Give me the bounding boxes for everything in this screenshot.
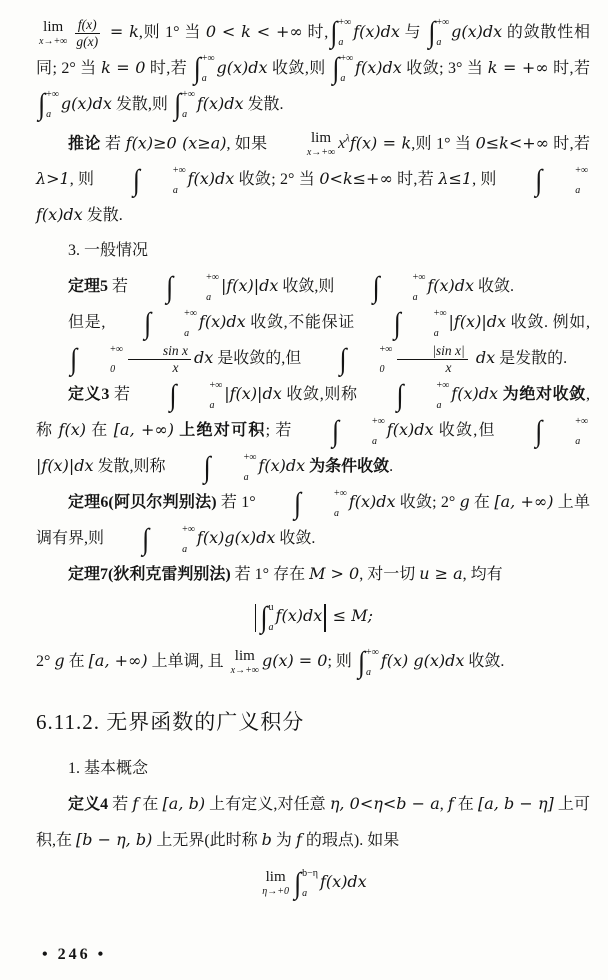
integral-sign-glyph: ∫ <box>194 54 201 84</box>
text-run: ,则 1° 当 <box>139 24 206 41</box>
math-run: f(x)dx <box>276 606 323 625</box>
bold-term: 定义3 <box>68 386 109 403</box>
limit-word: lim <box>279 131 331 146</box>
integral-lower-limit: a <box>436 36 441 48</box>
integral-lower-limit: a <box>302 507 339 519</box>
integral-limits: b−ηa <box>302 869 318 899</box>
integral-lower-limit: a <box>366 666 371 678</box>
integral-sign-glyph: ∫ <box>174 90 181 120</box>
integral-sign-glyph: ∫ <box>332 54 339 84</box>
text-run: , 对一切 <box>359 566 419 583</box>
integral-lower-limit: a <box>46 108 51 120</box>
text-run: 2° <box>36 653 54 670</box>
fraction: |sin x|x <box>397 343 468 376</box>
integral-symbol: ∫+∞a <box>134 273 219 303</box>
integral-lower-limit: a <box>402 327 439 339</box>
limit-subscript: x→+∞ <box>39 37 67 47</box>
text-run: 收敛,则 <box>268 60 331 77</box>
integral-lower-limit: 0 <box>78 363 115 375</box>
math-run: u ≥ a <box>419 564 462 583</box>
integral-symbol: ∫+∞a <box>38 90 59 120</box>
math-run: |f(x)|dx <box>221 276 278 295</box>
math-run: dx <box>194 348 213 367</box>
bold-term: 为条件收敛 <box>309 458 389 475</box>
integral-upper-limit: +∞ <box>46 90 59 100</box>
integral-limits: +∞a <box>46 90 59 120</box>
text-run: 收敛. <box>474 278 514 295</box>
integral-lower-limit: a <box>338 36 343 48</box>
integral-limits: +∞a <box>338 18 351 48</box>
absolute-value-bar <box>255 604 256 632</box>
math-run: |f(x)|dx <box>224 384 281 403</box>
integral-limits: +∞a <box>366 648 379 678</box>
limit-operator: limx→+∞ <box>275 131 335 158</box>
bold-term: 定理6(阿贝尔判别法) <box>68 494 217 511</box>
math-run: ≤ M; <box>328 606 373 625</box>
bold-term: 推论 <box>68 135 101 152</box>
text-run: 是发散的. <box>495 350 567 367</box>
integral-symbol: ∫+∞a <box>503 417 588 447</box>
math-run: f(x)dx <box>353 22 400 41</box>
text-run: 收敛,则称 <box>282 386 363 403</box>
text-run: ; 则 <box>327 653 355 670</box>
integral-upper-limit: +∞ <box>543 166 588 176</box>
bold-term: 上绝对可积 <box>179 422 265 439</box>
integral-limits: ua <box>269 603 274 633</box>
limit-subscript: x→+∞ <box>231 666 259 676</box>
page-number: • 246 • <box>42 946 106 964</box>
integral-sign-glyph: ∫ <box>262 489 301 519</box>
integral-upper-limit: +∞ <box>174 273 219 283</box>
absolute-value-bar <box>324 604 325 632</box>
math-run: dx <box>471 348 495 367</box>
integral-lower-limit: a <box>182 108 187 120</box>
integral-upper-limit: +∞ <box>152 309 197 319</box>
math-run: g <box>459 492 469 511</box>
integral-sign-glyph: ∫ <box>503 417 542 447</box>
math-run: λ≤1 <box>438 169 472 188</box>
integral-symbol: ∫+∞a <box>358 648 379 678</box>
bold-term: 为绝对收敛 <box>503 386 586 403</box>
limit-operator: limx→+∞ <box>39 20 67 47</box>
page-body: limx→+∞f(x)g(x) = k,则 1° 当 0 < k < +∞ 时,… <box>36 14 590 903</box>
integral-symbol: ∫+∞a <box>340 273 425 303</box>
integral-sign-glyph: ∫ <box>112 309 151 339</box>
paragraph: 但是, ∫+∞af(x)dx 收敛,不能保证 ∫+∞a|f(x)|dx 收敛. … <box>36 304 590 376</box>
paragraph: limx→+∞f(x)g(x) = k,则 1° 当 0 < k < +∞ 时,… <box>36 14 590 122</box>
integral-lower-limit: a <box>177 399 214 411</box>
integral-symbol: ∫+∞a <box>300 417 385 447</box>
integral-lower-limit: 0 <box>347 363 384 375</box>
math-run: k = 0 <box>101 58 145 77</box>
text-run: 若 <box>101 135 126 152</box>
integral-limits: +∞a <box>141 166 186 196</box>
text-run: 时,若 <box>549 135 590 152</box>
integral-symbol: ∫ua <box>260 603 273 633</box>
math-run: f(x)dx <box>199 312 246 331</box>
integral-sign-glyph: ∫ <box>358 648 365 678</box>
math-run: f(x) = k <box>350 133 411 152</box>
text-run: 收敛; 3° 当 <box>402 60 488 77</box>
limit-subscript: x→+∞ <box>275 148 335 158</box>
text-run: 时, <box>303 24 329 41</box>
math-run: g(x) = 0 <box>262 651 328 670</box>
fraction-denominator: x <box>410 360 454 376</box>
text-run: 时,若 <box>549 60 590 77</box>
text-run: 是收敛的,但 <box>213 350 305 367</box>
math-run: f(x)≥0 (x≥a) <box>126 133 227 152</box>
math-run: b <box>262 830 272 849</box>
bold-term: 定理5 <box>68 278 108 295</box>
integral-limits: +∞0 <box>347 345 392 375</box>
integral-upper-limit: +∞ <box>212 453 257 463</box>
paragraph: 定理6(阿贝尔判别法) 若 1° ∫+∞af(x)dx 收敛; 2° g 在 [… <box>36 484 590 556</box>
integral-limits: +∞a <box>340 54 353 84</box>
integral-symbol: ∫+∞0 <box>307 345 392 375</box>
integral-upper-limit: +∞ <box>78 345 123 355</box>
math-run: g(x)dx <box>217 58 268 77</box>
integral-limits: +∞a <box>340 417 385 447</box>
power-expression: xλ <box>338 135 350 152</box>
paragraph: 2° g 在 [a, +∞) 上单调, 且 limx→+∞g(x) = 0; 则… <box>36 643 590 679</box>
integral-upper-limit: +∞ <box>543 417 588 427</box>
fraction-numerator: sin x <box>128 343 191 360</box>
display-formula: ∫uaf(x)dx ≤ M; <box>36 596 590 637</box>
integral-lower-limit: a <box>150 543 187 555</box>
integral-lower-limit: a <box>212 471 249 483</box>
math-run: 0<k≤+∞ <box>319 169 392 188</box>
integral-lower-limit: a <box>269 621 274 633</box>
text-run: 在 <box>138 796 162 813</box>
text-run: 为 <box>272 832 296 849</box>
text-run: 发散,则 <box>112 96 172 113</box>
math-run: f(x)g(x)dx <box>197 528 275 547</box>
integral-sign-glyph: ∫ <box>330 18 337 48</box>
display-formula: limη→+0∫b−ηaf(x)dx <box>36 862 590 903</box>
integral-sign-glyph: ∫ <box>300 417 339 447</box>
integral-limits: +∞a <box>177 381 222 411</box>
integral-lower-limit: a <box>340 435 377 447</box>
math-run: λ>1 <box>36 169 70 188</box>
math-run: [a, +∞) <box>494 492 553 511</box>
integral-symbol: ∫+∞a <box>110 525 195 555</box>
integral-symbol: ∫+∞a <box>262 489 347 519</box>
math-run: η, 0<η<b − a <box>330 794 440 813</box>
text-run: 上单调, 且 <box>148 653 228 670</box>
integral-upper-limit: +∞ <box>347 345 392 355</box>
integral-limits: +∞a <box>436 18 449 48</box>
integral-upper-limit: +∞ <box>141 166 186 176</box>
integral-sign-glyph: ∫ <box>134 273 173 303</box>
text-run: , 则 <box>70 171 99 188</box>
fraction-denominator: g(x) <box>73 34 101 50</box>
math-run: g(x)dx <box>61 94 112 113</box>
limit-word: lim <box>43 20 63 35</box>
math-run: f(x)dx <box>258 456 305 475</box>
text-run: 收敛,则 <box>278 278 338 295</box>
scanned-page: limx→+∞f(x)g(x) = k,则 1° 当 0 < k < +∞ 时,… <box>0 0 608 903</box>
math-run: 0 < k < +∞ <box>206 22 303 41</box>
fraction-numerator: f(x) <box>75 17 100 34</box>
math-run: |f(x)|dx <box>449 312 506 331</box>
text-run: 在 <box>86 422 114 439</box>
integral-lower-limit: a <box>381 291 418 303</box>
math-run: f(x) g(x)dx <box>381 651 465 670</box>
integral-upper-limit: u <box>269 603 274 613</box>
integral-limits: +∞a <box>302 489 347 519</box>
integral-sign-glyph: ∫ <box>137 381 176 411</box>
integral-sign-glyph: ∫ <box>38 90 45 120</box>
integral-upper-limit: +∞ <box>381 273 426 283</box>
text-run: 收敛,不能保证 <box>246 314 360 331</box>
integral-symbol: ∫+∞a <box>112 309 197 339</box>
integral-sign-glyph: ∫ <box>364 381 403 411</box>
paragraph: 定理7(狄利克雷判别法) 若 1° 存在 M > 0, 对一切 u ≥ a, 均… <box>36 556 590 592</box>
integral-symbol: ∫+∞a <box>137 381 222 411</box>
math-run: |f(x)|dx <box>36 456 93 475</box>
math-run: f(x)dx <box>387 420 434 439</box>
paragraph: 定义4 若 f 在 [a, b) 上有定义,对任意 η, 0<η<b − a, … <box>36 786 590 858</box>
text-run: 与 <box>400 24 426 41</box>
text-run: 在 <box>454 796 478 813</box>
math-run: f(x)dx <box>36 205 83 224</box>
integral-symbol: ∫+∞a <box>101 166 186 196</box>
fraction: sin xx <box>128 343 191 376</box>
text-run: . <box>389 458 393 475</box>
integral-symbol: ∫+∞a <box>194 54 215 84</box>
integral-symbol: ∫+∞a <box>172 453 257 483</box>
integral-upper-limit: +∞ <box>405 381 450 391</box>
integral-limits: +∞a <box>182 90 195 120</box>
integral-limits: +∞a <box>212 453 257 483</box>
math-run: M > 0 <box>309 564 359 583</box>
integral-sign-glyph: ∫ <box>503 166 542 196</box>
text-run: 收敛; 2° 当 <box>234 171 319 188</box>
text-run: 发散,则称 <box>93 458 169 475</box>
text-run: 收敛. <box>275 530 315 547</box>
limit-operator: limη→+0 <box>262 870 289 897</box>
limit-word: lim <box>266 870 286 885</box>
text-run: 3. 一般情况 <box>68 242 148 259</box>
integral-sign-glyph: ∫ <box>340 273 379 303</box>
integral-symbol: ∫+∞a <box>330 18 351 48</box>
text-run: 1. 基本概念 <box>68 760 148 777</box>
text-run: , <box>440 796 448 813</box>
integral-limits: +∞a <box>202 54 215 84</box>
math-run: f(x)dx <box>197 94 244 113</box>
integral-limits: +∞a <box>405 381 450 411</box>
text-run: ,则 1° 当 <box>411 135 475 152</box>
math-run: [a, b) <box>163 794 206 813</box>
integral-lower-limit: a <box>405 399 442 411</box>
fraction: f(x)g(x) <box>73 17 101 50</box>
text-run: 6.11.2. 无界函数的广义积分 <box>36 710 304 734</box>
integral-symbol: ∫+∞a <box>174 90 195 120</box>
integral-lower-limit: a <box>174 291 211 303</box>
integral-lower-limit: a <box>302 887 307 899</box>
integral-upper-limit: +∞ <box>177 381 222 391</box>
integral-symbol: ∫+∞a <box>332 54 353 84</box>
integral-upper-limit: +∞ <box>302 489 347 499</box>
text-run: 若 <box>109 386 135 403</box>
math-run: f(x)dx <box>427 276 474 295</box>
integral-upper-limit: +∞ <box>338 18 351 28</box>
text-run: 的瑕点). 如果 <box>302 832 399 849</box>
section-heading: 6.11.2. 无界函数的广义积分 <box>36 707 590 737</box>
limit-operator: limx→+∞ <box>231 649 259 676</box>
math-run: [a, +∞) <box>89 651 148 670</box>
math-run: g(x)dx <box>451 22 502 41</box>
math-run: = k <box>104 22 139 41</box>
text-run: 上无界(此时称 <box>152 832 261 849</box>
text-run: ; 若 <box>266 422 298 439</box>
integral-sign-glyph: ∫ <box>101 166 140 196</box>
text-run: 若 <box>108 278 132 295</box>
text-run: 若 <box>108 796 132 813</box>
text-run: 在 <box>470 494 495 511</box>
integral-symbol: ∫+∞a <box>362 309 447 339</box>
integral-limits: +∞a <box>543 166 588 196</box>
text-run: 收敛. 例如, <box>506 314 590 331</box>
integral-limits: +∞0 <box>78 345 123 375</box>
text-run: 上有定义,对任意 <box>205 796 330 813</box>
text-run: , 如果 <box>227 135 272 152</box>
math-run: f(x)dx <box>188 169 235 188</box>
math-run: f(x)dx <box>320 872 367 891</box>
text-run: 收敛; 2° <box>396 494 460 511</box>
bold-term: 定义4 <box>68 796 108 813</box>
fraction-numerator: |sin x| <box>397 343 468 360</box>
integral-limits: +∞a <box>150 525 195 555</box>
integral-sign-glyph: ∫ <box>38 345 77 375</box>
integral-symbol: ∫+∞a <box>503 166 588 196</box>
integral-limits: +∞a <box>402 309 447 339</box>
integral-lower-limit: a <box>141 184 178 196</box>
integral-limits: +∞a <box>152 309 197 339</box>
integral-limits: +∞a <box>543 417 588 447</box>
text-run: , 则 <box>472 171 501 188</box>
math-run: f(x)dx <box>355 58 402 77</box>
integral-symbol: ∫+∞a <box>428 18 449 48</box>
fraction-denominator: x <box>137 360 181 376</box>
math-run: [a, +∞) <box>114 420 174 439</box>
limit-subscript: η→+0 <box>262 887 289 897</box>
integral-upper-limit: +∞ <box>182 90 195 100</box>
math-run: 0≤k<+∞ <box>476 133 549 152</box>
text-run: 收敛,但 <box>433 422 501 439</box>
integral-lower-limit: a <box>340 72 345 84</box>
math-run: g <box>54 651 64 670</box>
math-run: f(x) <box>59 420 86 439</box>
text-run: 若 1° <box>217 494 260 511</box>
integral-upper-limit: +∞ <box>340 54 353 64</box>
integral-sign-glyph: ∫ <box>428 18 435 48</box>
integral-sign-glyph: ∫ <box>172 453 211 483</box>
integral-limits: +∞a <box>381 273 426 303</box>
integral-upper-limit: +∞ <box>402 309 447 319</box>
integral-upper-limit: +∞ <box>150 525 195 535</box>
paragraph: 定义3 若 ∫+∞a|f(x)|dx 收敛,则称 ∫+∞af(x)dx 为绝对收… <box>36 376 590 484</box>
integral-symbol: ∫+∞0 <box>38 345 123 375</box>
integral-sign-glyph: ∫ <box>260 603 267 633</box>
text-run: 若 1° 存在 <box>231 566 309 583</box>
text-run: 发散. <box>244 96 284 113</box>
math-run: f(x)dx <box>349 492 396 511</box>
text-run: 收敛. <box>464 653 504 670</box>
integral-sign-glyph: ∫ <box>362 309 401 339</box>
integral-limits: +∞a <box>174 273 219 303</box>
limit-word: lim <box>235 649 255 664</box>
bold-term: 定理7(狄利克雷判别法) <box>68 566 231 583</box>
integral-upper-limit: +∞ <box>340 417 385 427</box>
math-run: [a, b − η] <box>478 794 554 813</box>
integral-lower-limit: a <box>152 327 189 339</box>
integral-lower-limit: a <box>543 435 580 447</box>
integral-sign-glyph: ∫ <box>110 525 149 555</box>
integral-sign-glyph: ∫ <box>307 345 346 375</box>
text-run: 时,若 <box>393 171 439 188</box>
integral-symbol: ∫+∞a <box>364 381 449 411</box>
paragraph: 3. 一般情况 <box>36 233 590 268</box>
integral-lower-limit: a <box>543 184 580 196</box>
integral-upper-limit: +∞ <box>202 54 215 64</box>
text-run: 发散. <box>83 207 123 224</box>
text-run: 时,若 <box>145 60 191 77</box>
math-run: [b − η, b) <box>76 830 152 849</box>
paragraph: 定理5 若 ∫+∞a|f(x)|dx 收敛,则 ∫+∞af(x)dx 收敛. <box>36 268 590 304</box>
integral-lower-limit: a <box>202 72 207 84</box>
integral-symbol: ∫b−ηa <box>294 869 318 899</box>
math-run: k = +∞ <box>488 58 549 77</box>
text-run: , 均有 <box>463 566 503 583</box>
paragraph: 1. 基本概念 <box>36 751 590 786</box>
integral-upper-limit: b−η <box>302 869 318 879</box>
text-run: 但是, <box>68 314 110 331</box>
text-run: 在 <box>65 653 89 670</box>
paragraph: 推论 若 f(x)≥0 (x≥a), 如果 limx→+∞xλf(x) = k,… <box>36 122 590 233</box>
integral-upper-limit: +∞ <box>366 648 379 658</box>
integral-sign-glyph: ∫ <box>294 869 301 899</box>
integral-upper-limit: +∞ <box>436 18 449 28</box>
math-run: f(x)dx <box>451 384 498 403</box>
